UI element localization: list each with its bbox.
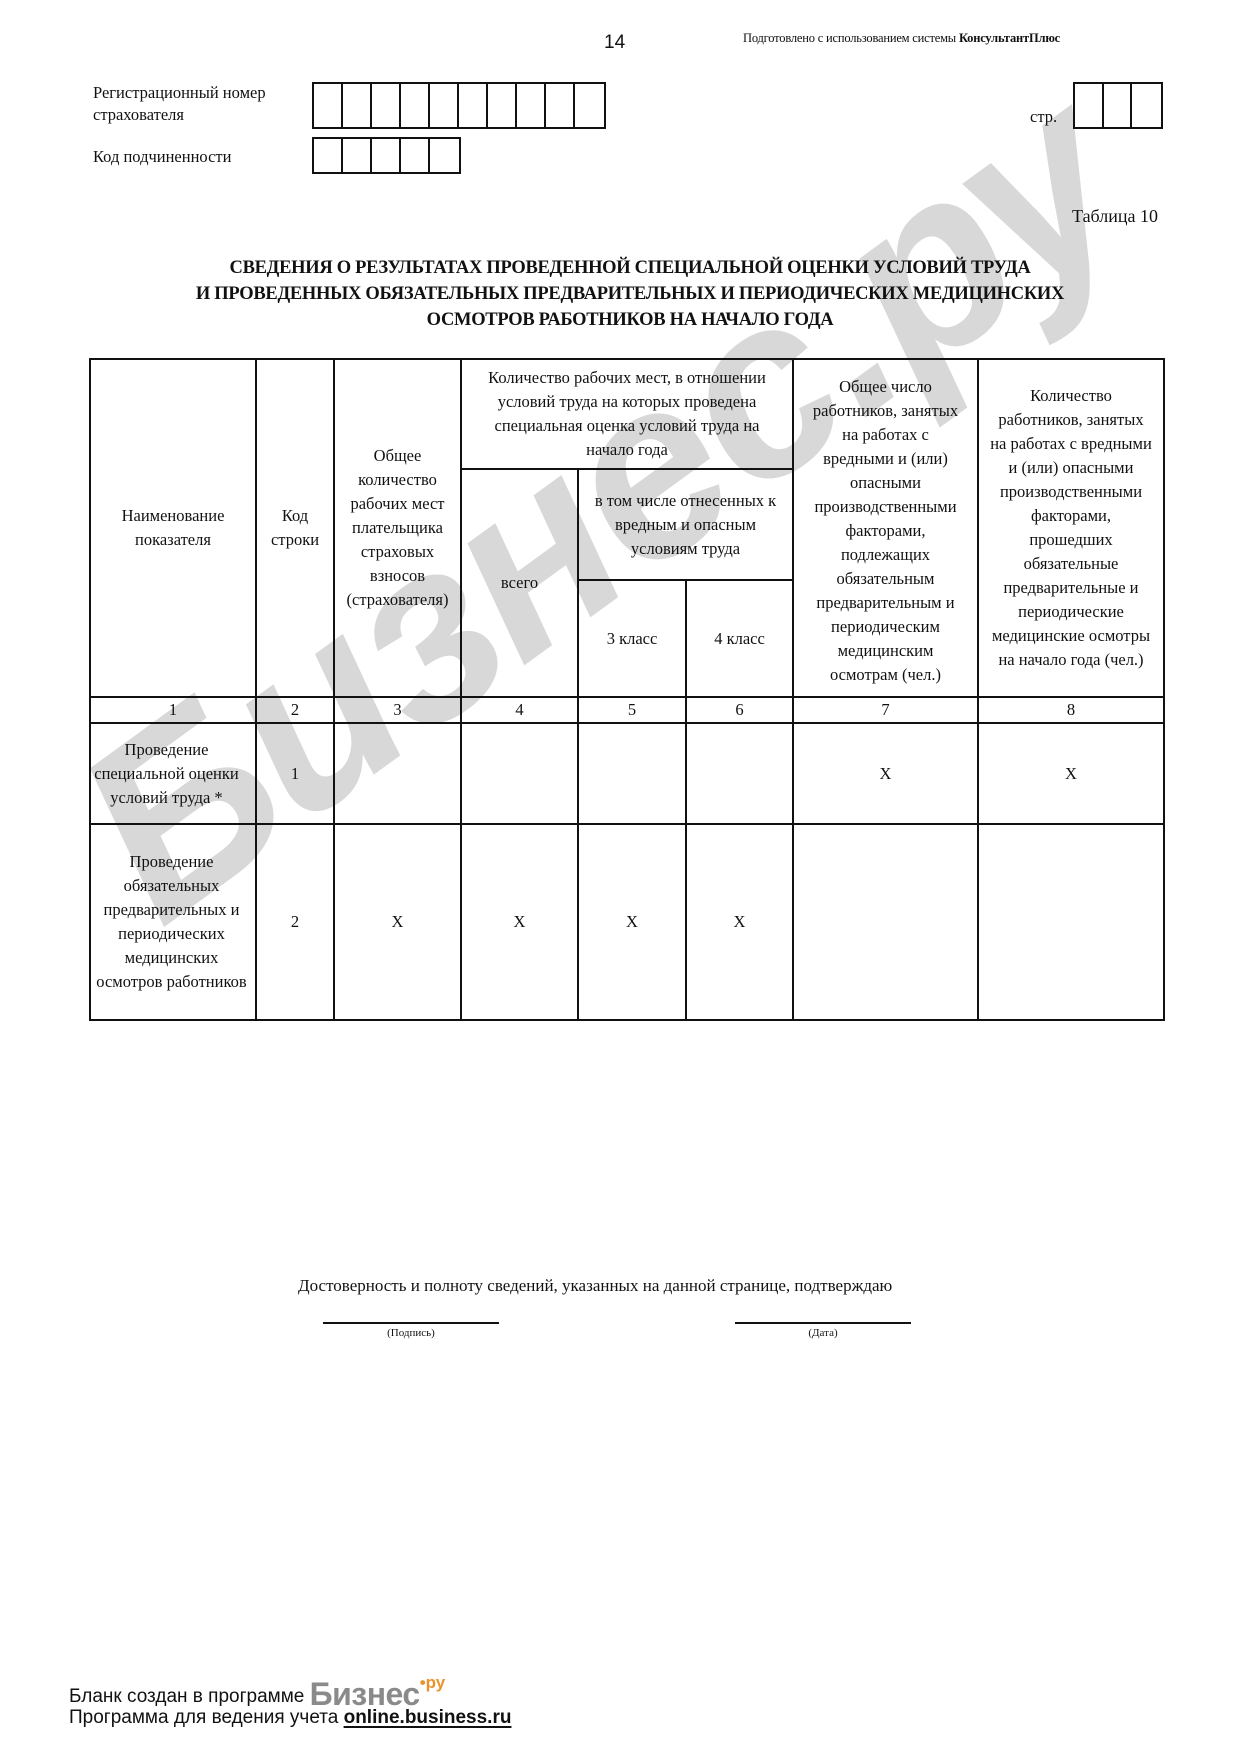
not-applicable-cell: X (686, 824, 793, 1020)
input-cell[interactable] (334, 723, 461, 824)
table-caption: Таблица 10 (1072, 206, 1158, 227)
header-code: Код строки (256, 359, 334, 697)
reg-number-label-line1: Регистрационный номер (93, 82, 266, 104)
column-number: 8 (978, 697, 1164, 723)
document-title: СВЕДЕНИЯ О РЕЗУЛЬТАТАХ ПРОВЕДЕННОЙ СПЕЦИ… (100, 255, 1160, 333)
prepared-brand: КонсультантПлюс (959, 31, 1060, 45)
header-class-3: 3 класс (578, 580, 686, 697)
character-cell[interactable] (372, 139, 401, 172)
column-number: 6 (686, 697, 793, 723)
signature-line[interactable] (323, 1322, 499, 1324)
character-cell[interactable] (459, 84, 488, 127)
page-number: 14 (604, 32, 625, 54)
page-number-field[interactable] (1073, 82, 1163, 129)
input-cell[interactable] (793, 824, 978, 1020)
column-number: 4 (461, 697, 578, 723)
reg-number-field[interactable] (312, 82, 606, 129)
logo-suffix: •ру (420, 1673, 446, 1692)
title-line-1: СВЕДЕНИЯ О РЕЗУЛЬТАТАХ ПРОВЕДЕННОЙ СПЕЦИ… (100, 255, 1160, 281)
title-line-2: И ПРОВЕДЕННЫХ ОБЯЗАТЕЛЬНЫХ ПРЕДВАРИТЕЛЬН… (100, 281, 1160, 307)
reg-number-label-line2: страхователя (93, 104, 266, 126)
header-assessed-group: Количество рабочих мест, в отношении усл… (461, 359, 793, 469)
not-applicable-cell: X (334, 824, 461, 1020)
assessment-table: Наименование показателя Код строки Общее… (89, 358, 1165, 1021)
header-assessed-total: всего (461, 469, 578, 697)
character-cell[interactable] (488, 84, 517, 127)
column-number: 2 (256, 697, 334, 723)
not-applicable-cell: X (461, 824, 578, 1020)
header-workers-subject: Общее число работников, занятых на работ… (793, 359, 978, 697)
column-number: 7 (793, 697, 978, 723)
character-cell[interactable] (1104, 84, 1133, 127)
header-harmful-group: в том числе отнесенных к вредным и опасн… (578, 469, 793, 580)
page-field-label: стр. (1030, 106, 1057, 128)
input-cell[interactable] (461, 723, 578, 824)
header-name: Наименование показателя (90, 359, 256, 697)
not-applicable-cell: X (793, 723, 978, 824)
character-cell[interactable] (430, 139, 459, 172)
table-row: Проведение обязательных предварительных … (90, 824, 1164, 1020)
column-number: 5 (578, 697, 686, 723)
row-code: 1 (256, 723, 334, 824)
column-number: 3 (334, 697, 461, 723)
character-cell[interactable] (401, 139, 430, 172)
character-cell[interactable] (430, 84, 459, 127)
header-total-workplaces: Общее количество рабочих мест плательщик… (334, 359, 461, 697)
input-cell[interactable] (578, 723, 686, 824)
table-row: Проведение специальной оценки условий тр… (90, 723, 1164, 824)
input-cell[interactable] (686, 723, 793, 824)
subordination-label: Код подчиненности (93, 146, 231, 168)
footer-line-2: Программа для ведения учета online.busin… (69, 1707, 511, 1728)
column-numbers-row: 12345678 (90, 697, 1164, 723)
character-cell[interactable] (372, 84, 401, 127)
row-name: Проведение обязательных предварительных … (90, 824, 256, 1020)
character-cell[interactable] (1075, 84, 1104, 127)
footer-program-text: Программа для ведения учета (69, 1707, 344, 1728)
signature-label: (Подпись) (323, 1327, 499, 1339)
title-line-3: ОСМОТРОВ РАБОТНИКОВ НА НАЧАЛО ГОДА (100, 307, 1160, 333)
input-cell[interactable] (978, 824, 1164, 1020)
footer-line-1: Бланк создан в программе Бизнес•ру (69, 1672, 511, 1707)
online-business-link[interactable]: online.business.ru (344, 1707, 512, 1728)
character-cell[interactable] (546, 84, 575, 127)
character-cell[interactable] (314, 84, 343, 127)
not-applicable-cell: X (578, 824, 686, 1020)
prepared-prefix: Подготовлено с использованием системы (743, 31, 959, 45)
not-applicable-cell: X (978, 723, 1164, 824)
character-cell[interactable] (517, 84, 546, 127)
character-cell[interactable] (343, 139, 372, 172)
character-cell[interactable] (575, 84, 604, 127)
character-cell[interactable] (401, 84, 430, 127)
column-number: 1 (90, 697, 256, 723)
header-workers-passed: Количество работников, занятых на работа… (978, 359, 1164, 697)
prepared-by-note: Подготовлено с использованием системы Ко… (743, 31, 1060, 46)
character-cell[interactable] (314, 139, 343, 172)
character-cell[interactable] (1132, 84, 1161, 127)
subordination-code-field[interactable] (312, 137, 461, 174)
date-label: (Дата) (735, 1327, 911, 1339)
character-cell[interactable] (343, 84, 372, 127)
reg-number-label: Регистрационный номер страхователя (93, 82, 266, 126)
confirmation-text: Достоверность и полноту сведений, указан… (298, 1276, 892, 1296)
row-name: Проведение специальной оценки условий тр… (90, 723, 256, 824)
row-code: 2 (256, 824, 334, 1020)
footer: Бланк создан в программе Бизнес•ру Прогр… (69, 1672, 511, 1728)
header-class-4: 4 класс (686, 580, 793, 697)
footer-created-text: Бланк создан в программе (69, 1686, 310, 1707)
date-line[interactable] (735, 1322, 911, 1324)
